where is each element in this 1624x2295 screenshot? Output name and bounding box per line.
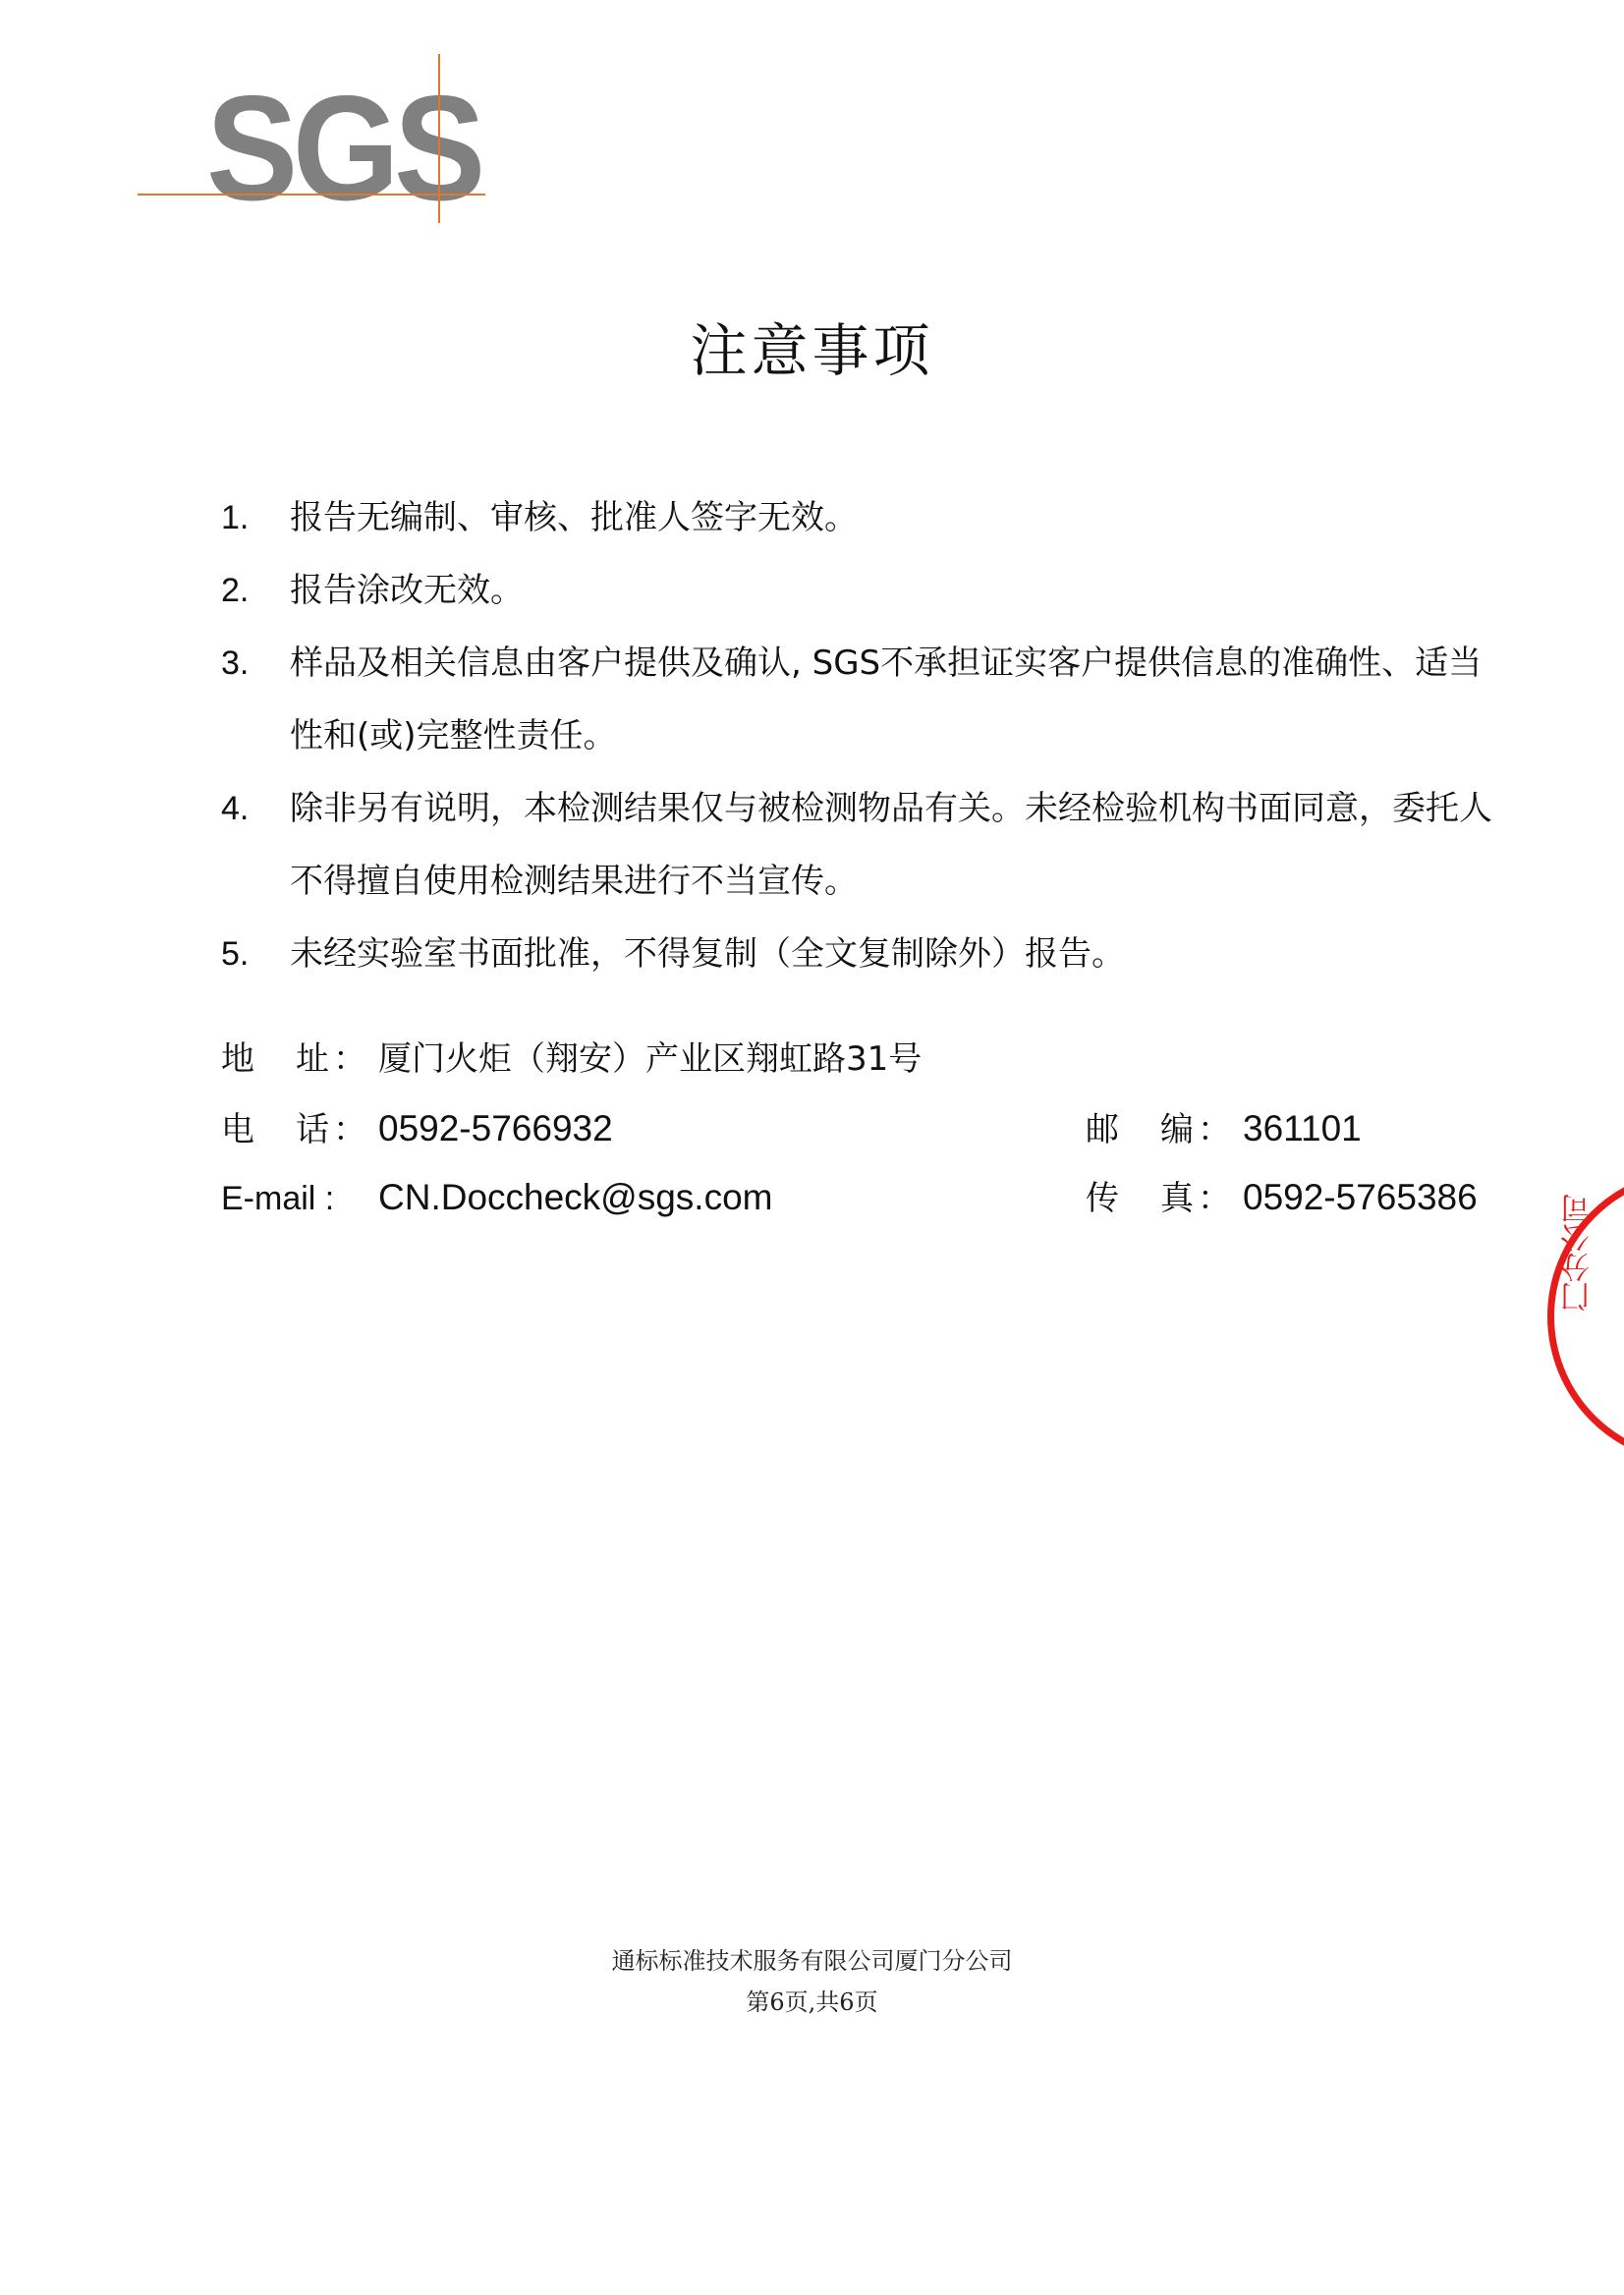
notes-list: 1. 报告无编制、审核、批准人签字无效。 2. 报告涂改无效。 3. 样品及相关… xyxy=(221,481,1498,990)
fax-label: 传 真： xyxy=(1086,1171,1243,1219)
note-text: 未经实验室书面批准，不得复制（全文复制除外）报告。 xyxy=(290,934,1125,974)
note-number: 2. xyxy=(221,554,249,627)
address-row: 地 址：厦门火炬（翔安）产业区翔虹路31号 xyxy=(221,1032,922,1091)
postcode-value: 361101 xyxy=(1243,1108,1362,1148)
postcode-row: 邮 编：361101 xyxy=(1086,1102,1362,1161)
note-number: 5. xyxy=(221,918,249,990)
address-value: 厦门火炬（翔安）产业区翔虹路31号 xyxy=(378,1039,922,1079)
address-label: 地 址： xyxy=(221,1032,378,1080)
email-row: E-mail :CN.Doccheck@sgs.com xyxy=(221,1177,773,1236)
note-number: 3. xyxy=(221,627,249,700)
phone-label: 电 话： xyxy=(221,1102,378,1150)
note-item: 3. 样品及相关信息由客户提供及确认, SGS不承担证实客户提供信息的准确性、适… xyxy=(221,627,1498,772)
fax-row: 传 真：0592-5765386 xyxy=(1086,1171,1478,1230)
note-item: 5. 未经实验室书面批准，不得复制（全文复制除外）报告。 xyxy=(221,918,1498,990)
page-title: 注意事项 xyxy=(0,305,1624,387)
note-item: 1. 报告无编制、审核、批准人签字无效。 xyxy=(221,481,1498,554)
note-text: 除非另有说明，本检测结果仅与被检测物品有关。未经检验机构书面同意，委托人不得擅自… xyxy=(290,789,1492,901)
postcode-label: 邮 编： xyxy=(1086,1102,1243,1150)
email-value[interactable]: CN.Doccheck@sgs.com xyxy=(378,1177,773,1217)
sgs-logo: SGS xyxy=(138,54,491,226)
footer-company: 通标标准技术服务有限公司厦门分公司 xyxy=(0,1940,1624,1982)
note-text: 报告涂改无效。 xyxy=(290,571,524,610)
logo-horizontal-line xyxy=(138,194,485,196)
note-number: 4. xyxy=(221,772,249,845)
note-item: 2. 报告涂改无效。 xyxy=(221,554,1498,627)
note-number: 1. xyxy=(221,481,249,554)
logo-vertical-line xyxy=(438,54,440,223)
fax-value: 0592-5765386 xyxy=(1243,1177,1478,1217)
page-footer: 通标标准技术服务有限公司厦门分公司 第6页,共6页 xyxy=(0,1940,1624,2023)
email-label: E-mail : xyxy=(221,1180,378,1218)
phone-value: 0592-5766932 xyxy=(378,1108,613,1148)
phone-row: 电 话：0592-5766932 xyxy=(221,1102,613,1161)
footer-page-number: 第6页,共6页 xyxy=(0,1982,1624,2023)
note-text: 样品及相关信息由客户提供及确认, SGS不承担证实客户提供信息的准确性、适当性和… xyxy=(290,644,1482,756)
stamp-text: 门分公司 xyxy=(1564,1194,1594,1312)
note-text: 报告无编制、审核、批准人签字无效。 xyxy=(290,498,858,537)
note-item: 4. 除非另有说明，本检测结果仅与被检测物品有关。未经检验机构书面同意，委托人不… xyxy=(221,772,1498,918)
